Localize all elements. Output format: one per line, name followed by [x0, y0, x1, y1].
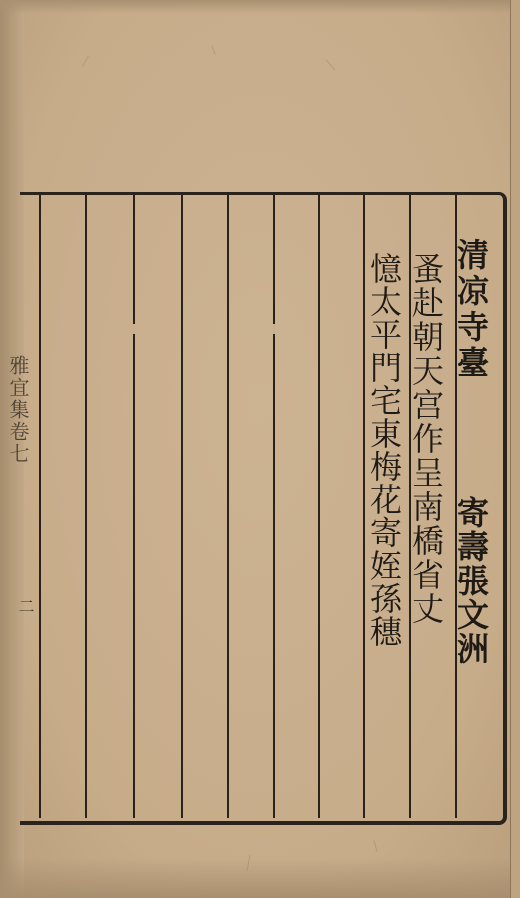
column-rule — [133, 194, 135, 818]
column-rule — [318, 194, 320, 818]
poem-title-chaotian-palace: 蚤赴朝天宫作呈南橋省丈 — [410, 252, 442, 626]
column-rule — [273, 194, 275, 818]
paper-fiber — [326, 59, 336, 70]
poem-title-plum-blossoms: 憶太平門宅東梅花寄姪孫穗 — [368, 252, 400, 648]
spine-book-title: 雅宜集卷七 — [4, 355, 33, 465]
column-rule — [181, 194, 183, 818]
book-page: 雅宜集卷七 二 清凉寺臺 寄壽張文洲 蚤赴朝天宫作呈南橋省丈 憶太平門宅東梅花寄… — [0, 0, 520, 898]
paper-fiber — [211, 45, 215, 55]
column-rule — [39, 194, 41, 818]
paper-fiber — [82, 56, 89, 67]
paper-fiber — [373, 840, 377, 852]
adjacent-page-edge — [510, 0, 520, 898]
spine-page-number: 二 — [14, 598, 37, 614]
bottom-edge-shadow — [0, 858, 520, 898]
poem-title-qingliang-temple: 清凉寺臺 — [455, 238, 487, 382]
column-rule — [227, 194, 229, 818]
column-rule — [85, 194, 87, 818]
dedication-line: 寄壽張文洲 — [455, 496, 487, 666]
top-edge-shadow — [0, 0, 520, 14]
